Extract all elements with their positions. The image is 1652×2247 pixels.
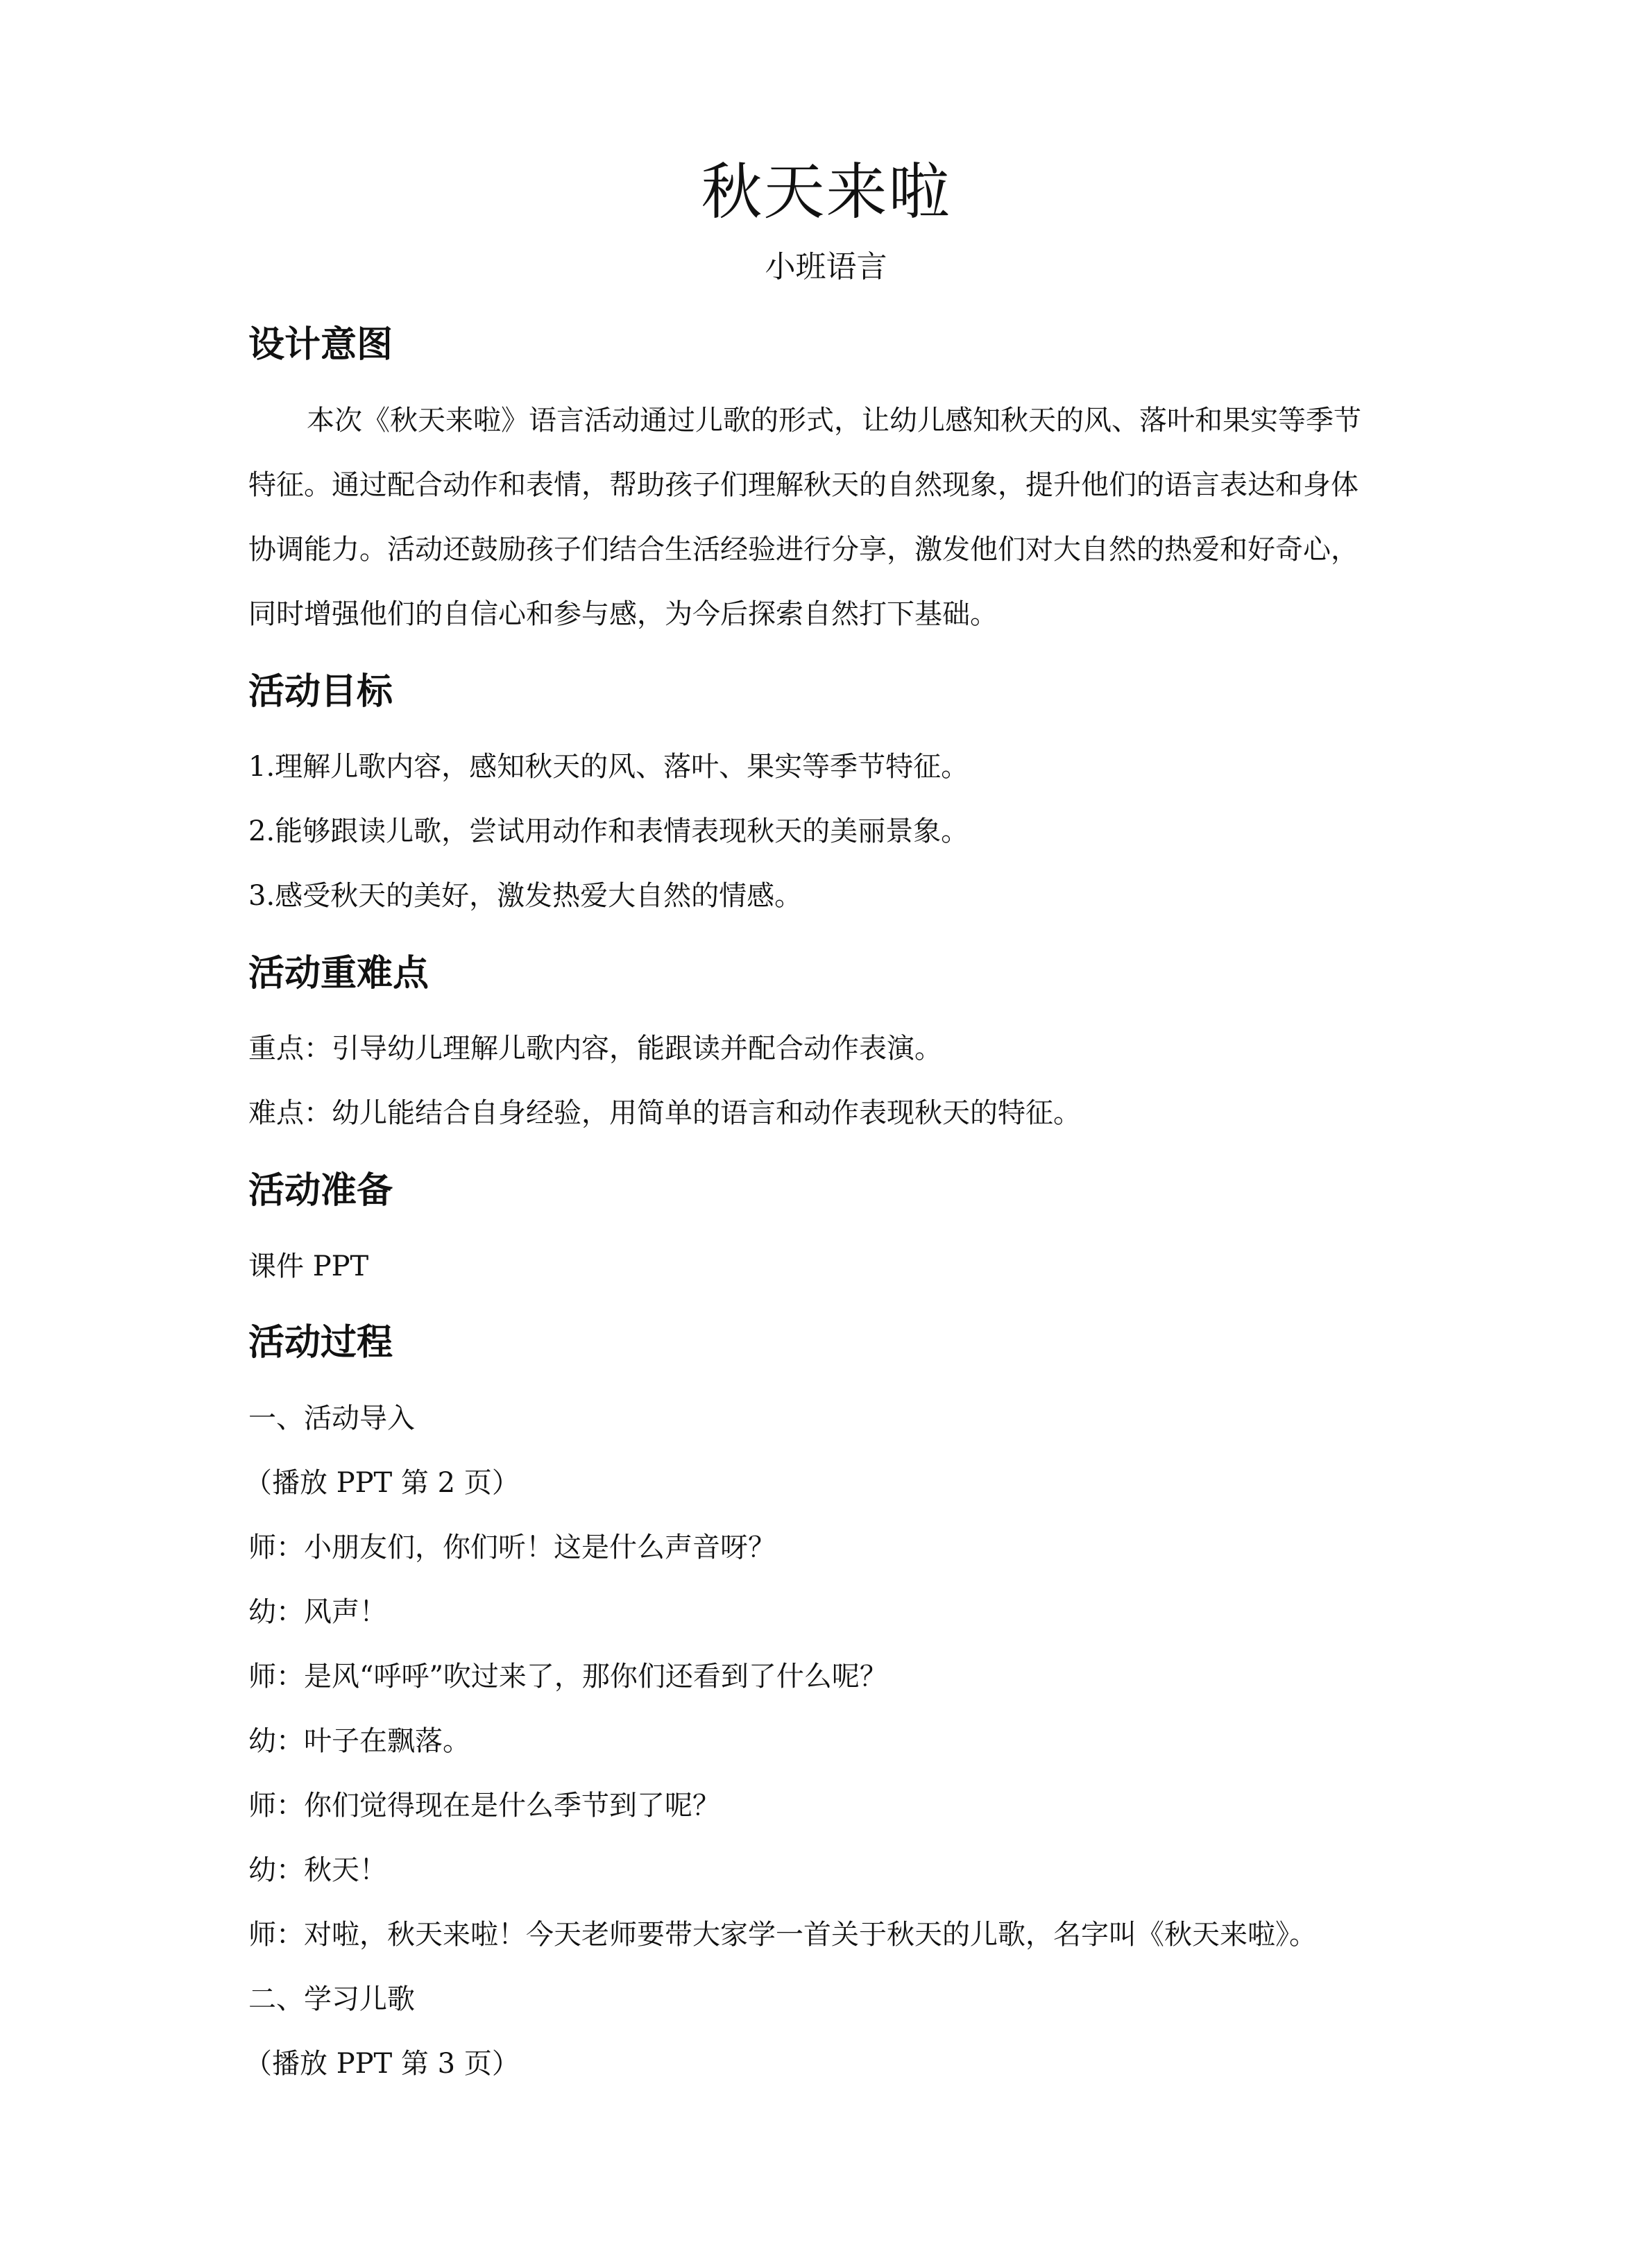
- heading-process: 活动过程: [248, 1318, 393, 1367]
- process-line: 师：对啦，秋天来啦！今天老师要带大家学一首关于秋天的儿歌，名字叫《秋天来啦》。: [248, 1915, 1317, 1954]
- paragraph-line: 特征。通过配合动作和表情，帮助孩子们理解秋天的自然现象，提升他们的语言表达和身体: [248, 466, 1359, 504]
- document-subtitle: 小班语言: [0, 246, 1652, 288]
- process-line: 师：你们觉得现在是什么季节到了呢？: [248, 1786, 720, 1825]
- process-line: （播放 PPT 第 2 页）: [244, 1464, 520, 1502]
- paragraph-line: 同时增强他们的自信心和参与感，为今后探索自然打下基础。: [248, 595, 998, 634]
- document-page: 秋天来啦 小班语言 设计意图 本次《秋天来啦》语言活动通过儿歌的形式，让幼儿感知…: [0, 0, 1652, 2247]
- goal-item: 3.感受秋天的美好，激发热爱大自然的情感。: [248, 876, 802, 915]
- heading-key-points: 活动重难点: [248, 949, 429, 998]
- heading-goals: 活动目标: [248, 668, 393, 716]
- paragraph-line: 本次《秋天来啦》语言活动通过儿歌的形式，让幼儿感知秋天的风、落叶和果实等季节: [307, 401, 1361, 440]
- key-point-item: 难点：幼儿能结合自身经验，用简单的语言和动作表现秋天的特征。: [248, 1094, 1081, 1133]
- preparation-text: 课件 PPT: [248, 1247, 368, 1286]
- document-title: 秋天来啦: [0, 154, 1652, 230]
- process-line: 师：是风“呼呼”吹过来了，那你们还看到了什么呢？: [248, 1657, 887, 1696]
- process-line: 幼：风声！: [248, 1593, 387, 1631]
- goal-item: 1.理解儿歌内容，感知秋天的风、落叶、果实等季节特征。: [248, 747, 969, 786]
- process-line: 幼：秋天！: [248, 1851, 387, 1890]
- process-line: 师：小朋友们，你们听！这是什么声音呀？: [248, 1528, 776, 1567]
- key-point-item: 重点：引导幼儿理解儿歌内容，能跟读并配合动作表演。: [248, 1029, 942, 1068]
- process-line: 幼：叶子在飘落。: [248, 1722, 470, 1761]
- heading-design-intent: 设计意图: [248, 321, 393, 369]
- process-line: 二、学习儿歌: [248, 1980, 415, 2019]
- goal-item: 2.能够跟读儿歌，尝试用动作和表情表现秋天的美丽景象。: [248, 812, 969, 851]
- process-line: 一、活动导入: [248, 1399, 415, 1438]
- process-line: （播放 PPT 第 3 页）: [244, 2044, 520, 2083]
- paragraph-line: 协调能力。活动还鼓励孩子们结合生活经验进行分享，激发他们对大自然的热爱和好奇心，: [248, 530, 1359, 569]
- heading-preparation: 活动准备: [248, 1167, 393, 1215]
